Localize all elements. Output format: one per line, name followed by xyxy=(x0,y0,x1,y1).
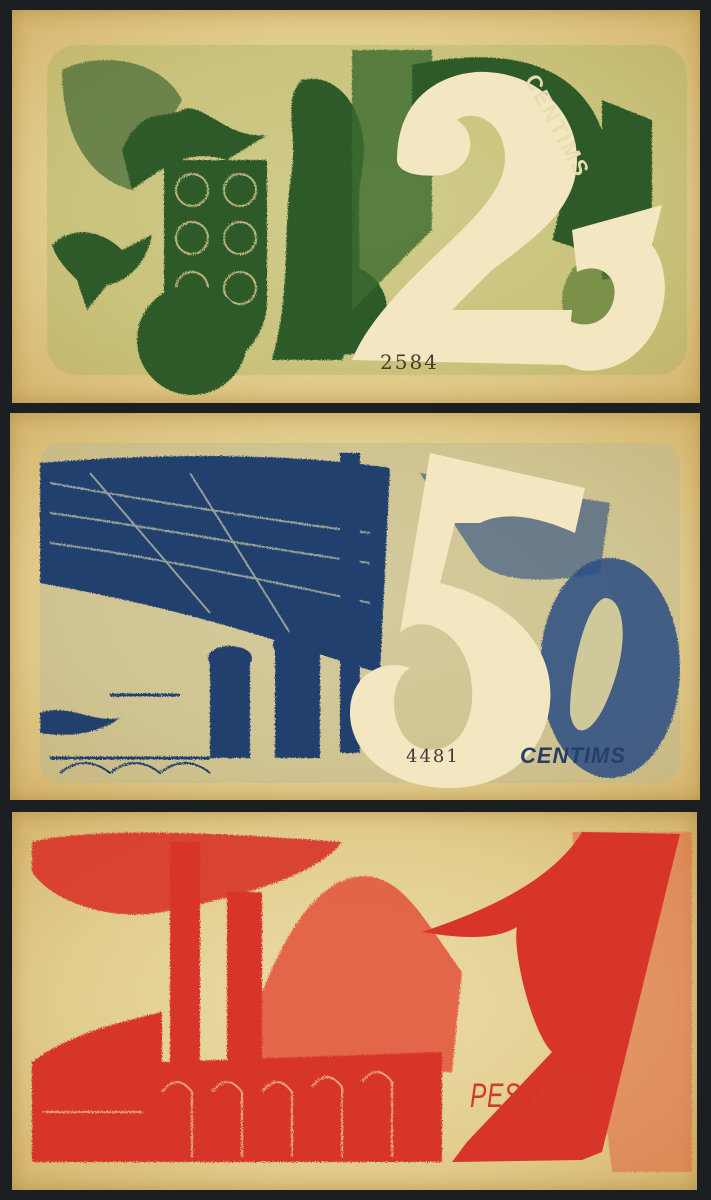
serial-number: 2584 xyxy=(380,350,439,374)
chimney-icon xyxy=(170,842,200,1062)
banknote-50-artwork xyxy=(10,413,700,800)
denomination-unit-label: CENTIMS xyxy=(520,743,626,769)
banknote-25-artwork xyxy=(12,10,700,403)
banknote-50-centims: 4481 CENTIMS xyxy=(10,413,700,800)
tower-icon xyxy=(210,658,250,758)
denomination-unit-label: PESSETA xyxy=(470,1077,586,1116)
serial-number: 4481 xyxy=(406,746,460,767)
banknote-1-pesseta: PESSETA xyxy=(12,812,697,1190)
banknote-1-artwork xyxy=(12,812,697,1190)
banknote-25-centims: CENTIMS 2584 xyxy=(12,10,700,403)
